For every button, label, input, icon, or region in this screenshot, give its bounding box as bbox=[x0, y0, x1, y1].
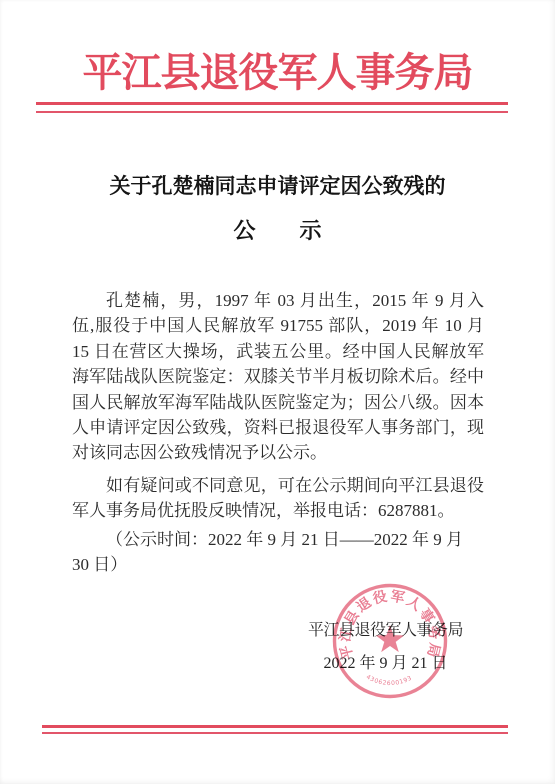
notice-period-line: （公示时间：2022 年 9 月 21 日——2022 年 9 月 30 日） bbox=[72, 527, 484, 578]
body-paragraph-2: 如有疑问或不同意见，可在公示期间向平江县退役军人事务局优抚股反映情况，举报电话：… bbox=[72, 473, 484, 524]
document-title-line1: 关于孔楚楠同志申请评定因公致残的 bbox=[0, 171, 555, 201]
footer-rule-thin bbox=[42, 732, 508, 734]
letterhead-rule-thick bbox=[36, 102, 508, 105]
signature-block: 平江县退役军人事务局 2022 年 9 月 21 日 bbox=[283, 618, 488, 676]
footer-rule bbox=[42, 725, 508, 734]
letterhead-rule bbox=[36, 102, 508, 113]
signature-date: 2022 年 9 月 21 日 bbox=[283, 651, 488, 676]
footer-rule-thick bbox=[42, 725, 508, 728]
signature-org-name: 平江县退役军人事务局 bbox=[283, 618, 488, 643]
letterhead-rule-thin bbox=[36, 111, 508, 113]
document-page: 平江县退役军人事务局 关于孔楚楠同志申请评定因公致残的 公 示 孔楚楠，男，19… bbox=[0, 0, 555, 784]
document-title-line2: 公 示 bbox=[0, 216, 555, 246]
body-paragraph-1: 孔楚楠，男，1997 年 03 月出生，2015 年 9 月入伍,服役于中国人民… bbox=[72, 288, 484, 466]
document-body: 孔楚楠，男，1997 年 03 月出生，2015 年 9 月入伍,服役于中国人民… bbox=[72, 288, 484, 577]
letterhead-org-name: 平江县退役军人事务局 bbox=[0, 46, 555, 100]
